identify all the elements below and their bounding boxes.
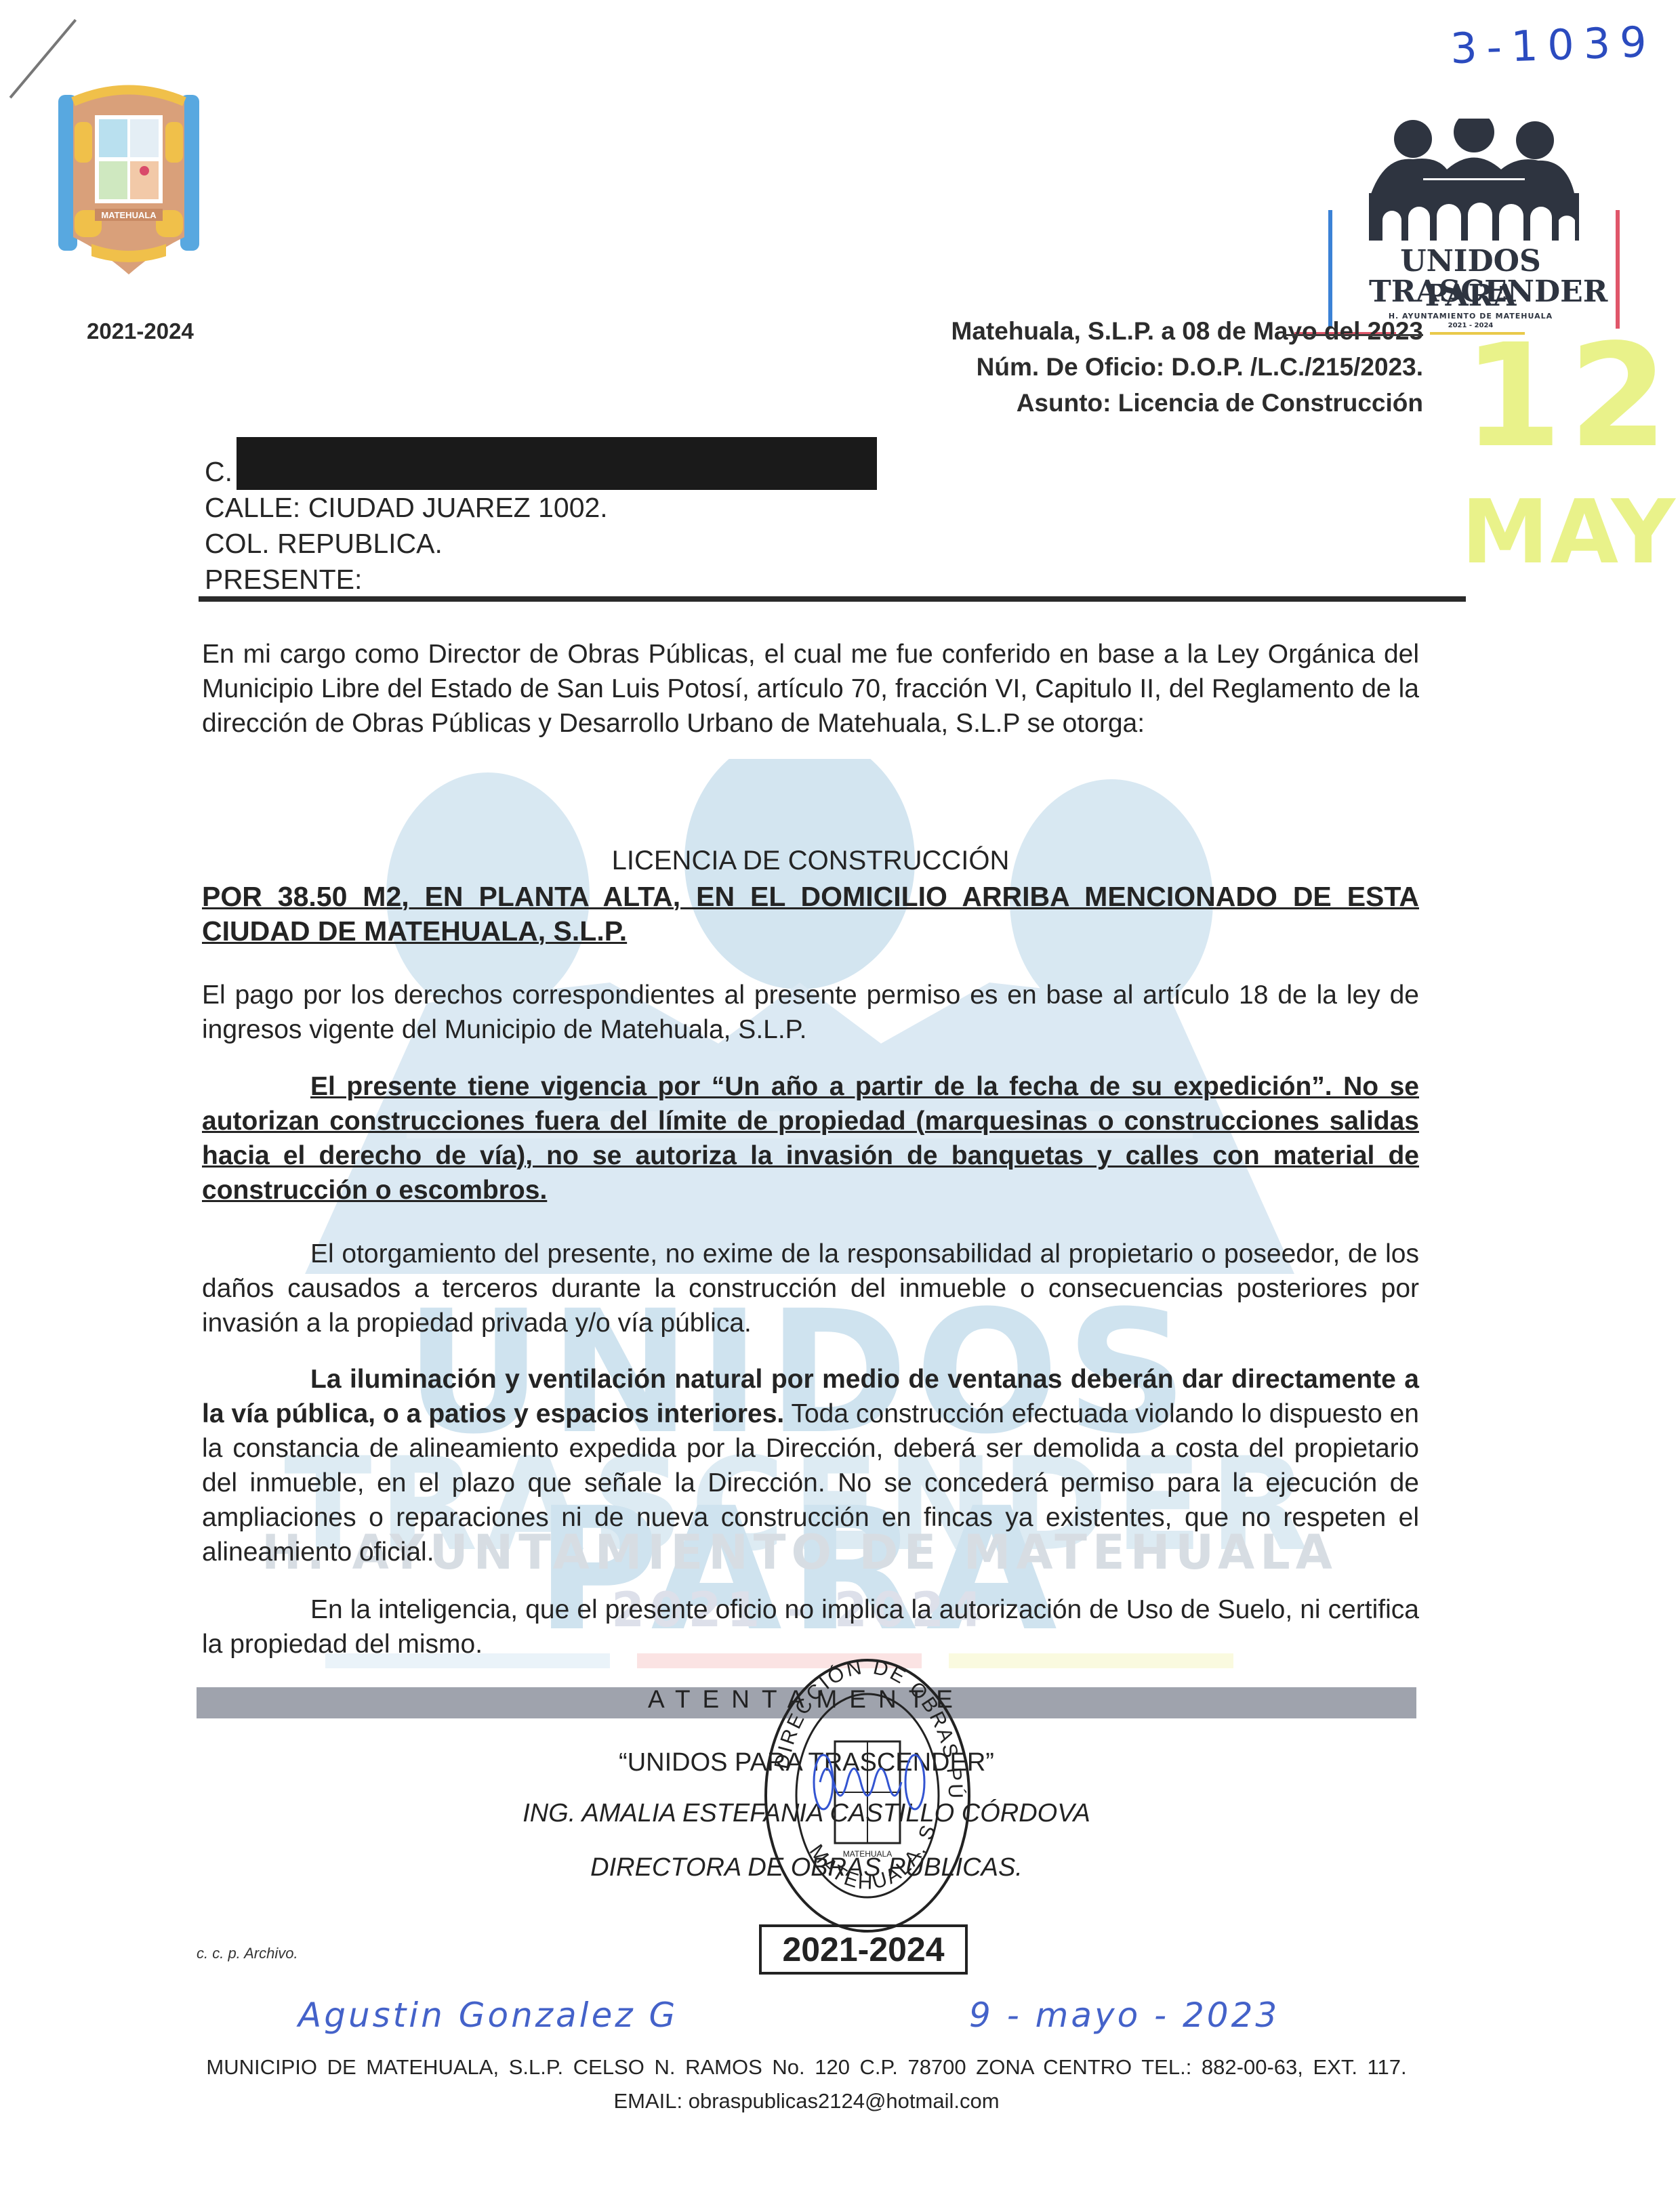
svg-text:DIRECCIÓN DE OBRAS PÚBLICAS: DIRECCIÓN DE OBRAS PÚBLICAS xyxy=(759,1653,966,1800)
date-strikethrough xyxy=(1284,334,1423,336)
lighting-paragraph: La iluminación y ventilación natural por… xyxy=(202,1362,1419,1569)
subject: Asunto: Licencia de Construcción xyxy=(779,385,1423,421)
land-use-paragraph: En la inteligencia, que el presente ofic… xyxy=(202,1592,1419,1661)
unidos-para-trascender-logo: UNIDOS PARA TRASCENDER H. AYUNTAMIENTO D… xyxy=(1328,119,1626,335)
logo-title-line2: TRASCENDER xyxy=(1369,274,1572,309)
recipient-salutation: PRESENTE: xyxy=(205,562,877,598)
validity-paragraph: El presente tiene vigencia por “Un año a… xyxy=(202,1069,1419,1207)
footer-email: EMAIL: obraspublicas2124@hotmail.com xyxy=(163,2089,1450,2113)
ccp-line: c. c. p. Archivo. xyxy=(197,1945,298,1962)
handwritten-receiver-name: Agustin Gonzalez G xyxy=(298,1996,678,2035)
payment-paragraph: El pago por los derechos correspondiente… xyxy=(202,978,1419,1047)
recipient-street: CALLE: CIUDAD JUAREZ 1002. xyxy=(205,490,877,526)
license-title: LICENCIA DE CONSTRUCCIÓN xyxy=(202,846,1419,876)
handwritten-receipt-date: 9 - mayo - 2023 xyxy=(969,1996,1279,2035)
intro-paragraph: En mi cargo como Director de Obras Públi… xyxy=(202,637,1419,741)
official-seal-icon: DIRECCIÓN DE OBRAS PÚBLICAS MATEHUALA, S… xyxy=(759,1653,976,1938)
license-detail: POR 38.50 M2, EN PLANTA ALTA, EN EL DOMI… xyxy=(202,880,1419,949)
place-date: Matehuala, S.L.P. a 08 de Mayo del 2023 xyxy=(779,313,1423,349)
oficio-number: Núm. De Oficio: D.O.P. /L.C./215/2023. xyxy=(779,349,1423,385)
matehuala-crest-icon: MATEHUALA xyxy=(54,81,203,278)
received-day: 12 xyxy=(1457,318,1680,474)
svg-text:MATEHUALA: MATEHUALA xyxy=(843,1849,892,1859)
footer-address: MUNICIPIO DE MATEHUALA, S.L.P. CELSO N. … xyxy=(163,2055,1450,2080)
redacted-name xyxy=(237,437,877,490)
header-divider xyxy=(199,596,1466,602)
crest-years: 2021-2024 xyxy=(87,318,194,344)
seal-years-box: 2021-2024 xyxy=(759,1924,968,1975)
received-month: MAY xyxy=(1457,474,1680,590)
svg-text:MATEHUALA: MATEHUALA xyxy=(101,210,157,220)
header-info: Matehuala, S.L.P. a 08 de Mayo del 2023 … xyxy=(779,313,1423,421)
recipient-prefix: C. xyxy=(205,456,232,487)
handwritten-reference: 3-1039 xyxy=(1450,17,1657,74)
liability-paragraph: El otorgamiento del presente, no exime d… xyxy=(202,1237,1419,1340)
recipient-colonia: COL. REPUBLICA. xyxy=(205,526,877,562)
recipient-block: C. CALLE: CIUDAD JUAREZ 1002. COL. REPUB… xyxy=(205,437,877,598)
received-date-stamp: 12 MAY xyxy=(1457,318,1680,630)
